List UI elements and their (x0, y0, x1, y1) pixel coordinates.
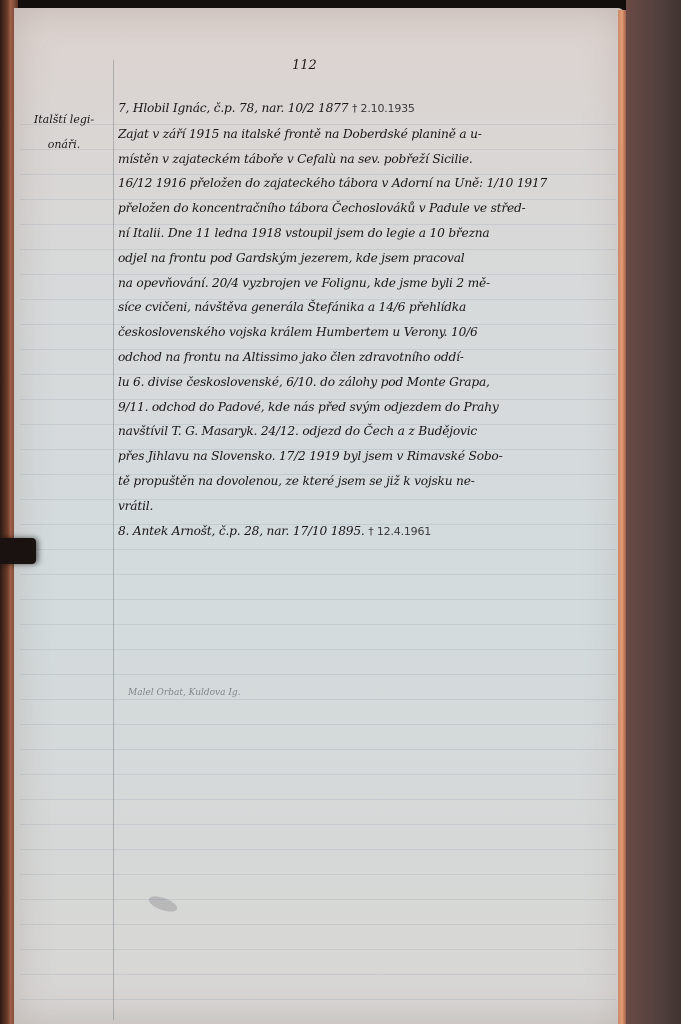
entry-line: navštívil T. G. Masaryk. 24/12. odjezd d… (118, 419, 608, 444)
entry-7-line-1: 7, Hlobil Ignác, č.p. 78, nar. 10/2 1877… (118, 96, 608, 122)
facing-page (626, 0, 681, 1024)
entry-line: přeložen do koncentračního tábora Čechos… (118, 196, 608, 221)
entry-line: odchod na frontu na Altissimo jako člen … (118, 345, 608, 370)
entry-line: tě propuštěn na dovolenou, ze které jsem… (118, 469, 608, 494)
death-date-annotation: † 12.4.1961 (368, 525, 431, 538)
entry-line: vrátil. (118, 494, 608, 519)
faint-pencil-note: Malel Orbat, Kuldova Ig. (128, 688, 241, 698)
entry-line: československého vojska králem Humbertem… (118, 320, 608, 345)
entry-line: ní Italii. Dne 11 ledna 1918 vstoupil js… (118, 221, 608, 246)
entry-line: Zajat v září 1915 na italské frontě na D… (118, 122, 608, 147)
entry-line: 9/11. odchod do Padové, kde nás před svý… (118, 395, 608, 420)
entry-line: přes Jihlavu na Slovensko. 17/2 1919 byl… (118, 444, 608, 469)
margin-heading-line-2: onáři. (18, 132, 110, 157)
margin-heading: Italští legi- onáři. (18, 107, 110, 157)
page-edge-right (618, 10, 626, 1024)
margin-rule (113, 60, 114, 1020)
page-number: 112 (292, 58, 317, 73)
page-clip (0, 538, 36, 564)
entry-line: síce cvičeni, návštěva generála Štefánik… (118, 295, 608, 320)
entry-line: lu 6. divise československé, 6/10. do zá… (118, 370, 608, 395)
entry-line: 16/12 1916 přeložen do zajateckého tábor… (118, 171, 608, 196)
entry-line: místěn v zajateckém táboře v Cefalù na s… (118, 147, 608, 172)
scanned-image: 112 Italští legi- onáři. 7, Hlobil Ignác… (0, 0, 681, 1024)
margin-heading-line-1: Italští legi- (18, 107, 110, 132)
entry-8-line-1: 8. Antek Arnošt, č.p. 28, nar. 17/10 189… (118, 519, 608, 545)
entries: 7, Hlobil Ignác, č.p. 78, nar. 10/2 1877… (118, 96, 608, 544)
death-date-annotation: † 2.10.1935 (352, 102, 415, 115)
entry-line: na opevňování. 20/4 vyzbrojen ve Folignu… (118, 271, 608, 296)
entry-line: odjel na frontu pod Gardským jezerem, kd… (118, 246, 608, 271)
